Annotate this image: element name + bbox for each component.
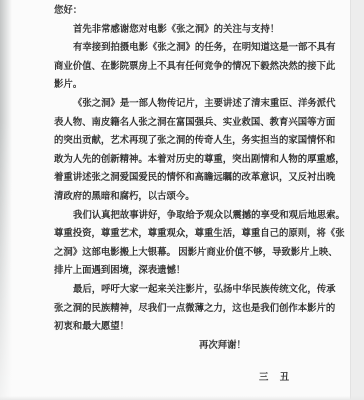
letter-line: 着重讲述张之洞爱国爱民的情怀和高瞻远瞩的改革意识，又反衬出晚 [54,169,340,188]
signature: 三 丑 [259,369,340,388]
letter-line: 初衷和最大愿望！ [54,318,340,337]
letter-line: 影片。 [54,76,340,95]
letter-line: 商业价值、在影院票房上不具有任何竞争的情况下毅然决然的接下此 [54,58,340,77]
letter-line: 排片上面遇到困境，深表遗憾！ [54,262,340,281]
letter-line: 清政府的黑暗和腐朽，以古颂今。 [54,188,340,207]
letter-line: 之洞》这部电影搬上大银幕。 因影片商业价值不够，导致影片上映、 [54,244,340,263]
salutation: 您好： [54,2,340,21]
page-edge-left-fade [0,120,12,400]
letter-line: 敢为人先的创新精神。本着对历史的尊重，突出剧情和人物的厚重感， [54,151,340,170]
scanned-letter-page: 您好： 首先非常感谢您对电影《张之洞》的关注与支持！ 有幸接到拍摄电影《张之洞》… [0,0,364,400]
letter-line: 的突出贡献，艺术再现了张之洞的传奇人生，务实担当的家国情怀和 [54,132,340,151]
closing-line: 再次拜谢！ [199,337,340,356]
page-edge-bottom [0,396,364,400]
letter-line: 我们认真把故事讲好，争取给予观众以震撼的享受和观后地思索。 [54,207,340,226]
letter-body: 您好： 首先非常感谢您对电影《张之洞》的关注与支持！ 有幸接到拍摄电影《张之洞》… [54,2,340,388]
letter-line: 首先非常感谢您对电影《张之洞》的关注与支持！ [54,21,340,40]
letter-line: 表人物、南皮籍名人张之洞在富国强兵、实业救国、教育兴国等方面 [54,114,340,133]
letter-line: 最后，呼吁大家一起来关注影片，弘扬中华民族传统文化，传承 [54,281,340,300]
letter-line: 有幸接到拍摄电影《张之洞》的任务，在明知道这是一部不具有 [54,39,340,58]
letter-line: 张之洞的民族精神，尽我们一点微薄之力，这也是我们创作本影片的 [54,300,340,319]
page-edge-right [350,0,364,400]
letter-line: 尊重投资，尊重艺术，尊重观众，尊重生活，尊重自己的原则，将《张 [54,225,340,244]
letter-line: 《张之洞》是一部人物传记片，主要讲述了清末重臣、洋务派代 [54,95,340,114]
